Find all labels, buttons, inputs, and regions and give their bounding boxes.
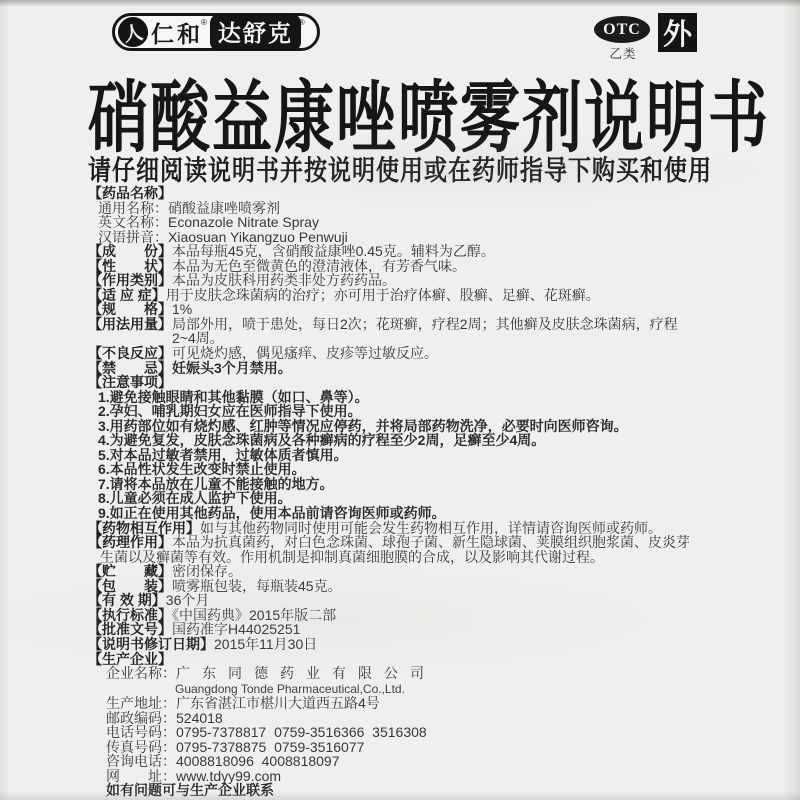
- renhe-person-icon: 人: [116, 15, 151, 50]
- leaflet-text-line: 7.请将本品放在儿童不能接触的地方。: [88, 477, 718, 492]
- leaflet-section-line: 【成 份】本品每瓶45克，含硝酸益康唑0.45克。辅料为乙醇。: [88, 244, 718, 259]
- leaflet-text-line: 4.为避免复发，皮肤念珠菌病及各种癣病的疗程至少2周，足癣至少4周。: [88, 433, 718, 448]
- section-label: 邮政编码：: [106, 711, 176, 726]
- leaflet-text-line: 通用名称：硝酸益康唑喷雾剂: [88, 201, 718, 216]
- line-text: 2015年11月30日: [214, 636, 317, 652]
- leaflet-text-line: 生菌以及癣菌等有效。作用机制是抑制真菌细胞膜的合成，以及影响其代谢过程。: [88, 550, 718, 565]
- line-text: Guangdong Tonde Pharmaceutical,Co.,Ltd.: [175, 682, 405, 696]
- section-label: 传真号码：: [106, 740, 176, 755]
- section-label: 生产地址：: [106, 696, 176, 711]
- leaflet-text-line: 1.避免接触眼睛和其他黏膜（如口、鼻等）。: [88, 390, 718, 405]
- section-label: 【用法用量】: [88, 316, 172, 332]
- leaflet-section-line: 电话号码：0795-7378817 0759-3516366 3516308: [88, 725, 718, 740]
- leaflet-text-line: 3.用药部位如有烧灼感、红肿等情况应停药，并将局部药物洗净，必要时向医师咨询。: [88, 419, 718, 434]
- brand-renhe-label: 仁和: [151, 16, 203, 49]
- leaflet-section-line: 【包 装】喷雾瓶包装，每瓶装45克。: [88, 579, 718, 594]
- leaflet-text-line: 9.如正在使用其他药品，使用本品前请咨询医师或药师。: [88, 506, 718, 521]
- brand-logo: 人 仁和 ® 达舒克 ®: [112, 13, 320, 51]
- leaflet-section-line: 【不良反应】可见烧灼感，偶见瘙痒、皮疹等过敏反应。: [88, 346, 718, 361]
- leaflet-section-line: 【药物相互作用】如与其他药物同时使用可能会发生药物相互作用，详情请咨询医师或药师…: [88, 521, 718, 536]
- leaflet-text-line: Guangdong Tonde Pharmaceutical,Co.,Ltd.: [88, 681, 718, 697]
- leaflet-section-line: 【适 应 症】用于皮肤念珠菌病的治疗；亦可用于治疗体癣、股癣、足癣、花斑癣。: [88, 288, 718, 303]
- line-text: 广东同德药业有限公司: [176, 665, 436, 681]
- external-use-mark: 外: [658, 13, 697, 52]
- leaflet-text-line: 如有问题可与生产企业联系: [88, 783, 718, 798]
- leaflet-section-line: 【执行标准】《中国药典》2015年版二部: [88, 608, 718, 623]
- leaflet-text-line: 2.孕妇、哺乳期妇女应在医师指导下使用。: [88, 404, 718, 419]
- leaflet-section-line: 【药理作用】本品为抗真菌药，对白色念珠菌、球孢子菌、新生隐球菌、荚膜组织胞浆菌、…: [88, 535, 718, 550]
- leaflet-section-line: 【禁 忌】妊娠头3个月禁用。: [88, 361, 718, 376]
- leaflet-section-line: 【作用类别】本品为皮肤科用药类非处方药药品。: [88, 273, 718, 288]
- leaflet-section-line: 传真号码：0795-7378875 0759-3516077: [88, 740, 718, 755]
- leaflet-section-line: 【用法用量】局部外用，喷于患处，每日2次；花斑癣，疗程2周；其他癣及皮肤念珠菌病…: [88, 317, 718, 332]
- leaflet-text-line: 6.本品性状发生改变时禁止使用。: [88, 462, 718, 477]
- leaflet-text-line: 2~4周。: [88, 331, 718, 346]
- registered-trademark-icon: ®: [299, 18, 305, 27]
- line-text: 如有问题可与生产企业联系: [106, 782, 274, 798]
- leaflet-text-line: 汉语拼音：Xiaosuan Yikangzuo Penwuji: [88, 230, 718, 245]
- read-instructions-notice: 请仔细阅读说明书并按说明使用或在药师指导下购买和使用: [88, 149, 712, 188]
- leaflet-text-line: 5.对本品过敏者禁用，过敏体质者慎用。: [88, 448, 718, 463]
- leaflet-section-line: 【注意事项】: [88, 375, 718, 390]
- leaflet-section-line: 【有 效 期】36个月: [88, 593, 718, 608]
- registered-trademark-icon: ®: [201, 18, 207, 27]
- leaflet-text-line: 英文名称：Econazole Nitrate Spray: [88, 215, 718, 230]
- leaflet-section-line: 【说明书修订日期】2015年11月30日: [88, 637, 718, 652]
- leaflet-page: 人 仁和 ® 达舒克 ® OTC 乙类 外 硝酸益康唑喷雾剂说明书 请仔细阅读说…: [0, 0, 800, 800]
- leaflet-section-line: 【规 格】1%: [88, 302, 718, 317]
- leaflet-section-line: 生产地址：广东省湛江市椹川大道西五路4号: [88, 696, 718, 711]
- line-text: 局部外用，喷于患处，每日2次；花斑癣，疗程2周；其他癣及皮肤念珠菌病，疗程: [172, 316, 678, 332]
- leaflet-section-line: 企业名称：广东同德药业有限公司: [88, 666, 718, 681]
- leaflet-section-line: 【生产企业】: [88, 652, 718, 667]
- line-text: 妊娠头3个月禁用。: [172, 360, 292, 376]
- section-label: 网 址：: [106, 769, 176, 784]
- section-label: 企业名称：: [106, 666, 176, 681]
- leaflet-section-line: 邮政编码：524018: [88, 711, 718, 726]
- brand-dashuke-label: 达舒克: [210, 14, 301, 51]
- section-label: 咨询电话：: [106, 754, 176, 769]
- leaflet-section-line: 【贮 藏】密闭保存。: [88, 564, 718, 579]
- otc-label: OTC: [594, 16, 650, 43]
- leaflet-section-line: 【批准文号】国药准字H44025251: [88, 622, 718, 637]
- leaflet-section-line: 【药品名称】: [88, 186, 718, 201]
- leaflet-text-line: 8.儿童必须在成人监护下使用。: [88, 491, 718, 506]
- section-label: 电话号码：: [106, 725, 176, 740]
- leaflet-section-line: 【性 状】本品为无色至微黄色的澄清液体，有芳香气味。: [88, 259, 718, 274]
- leaflet-section-line: 咨询电话：4008818096 4008818097: [88, 754, 718, 769]
- leaflet-section-line: 网 址：www.tdyy99.com: [88, 769, 718, 784]
- leaflet-body: 【药品名称】通用名称：硝酸益康唑喷雾剂英文名称：Econazole Nitrat…: [88, 186, 718, 798]
- line-text: 用于皮肤念珠菌病的治疗；亦可用于治疗体癣、股癣、足癣、花斑癣。: [166, 287, 600, 303]
